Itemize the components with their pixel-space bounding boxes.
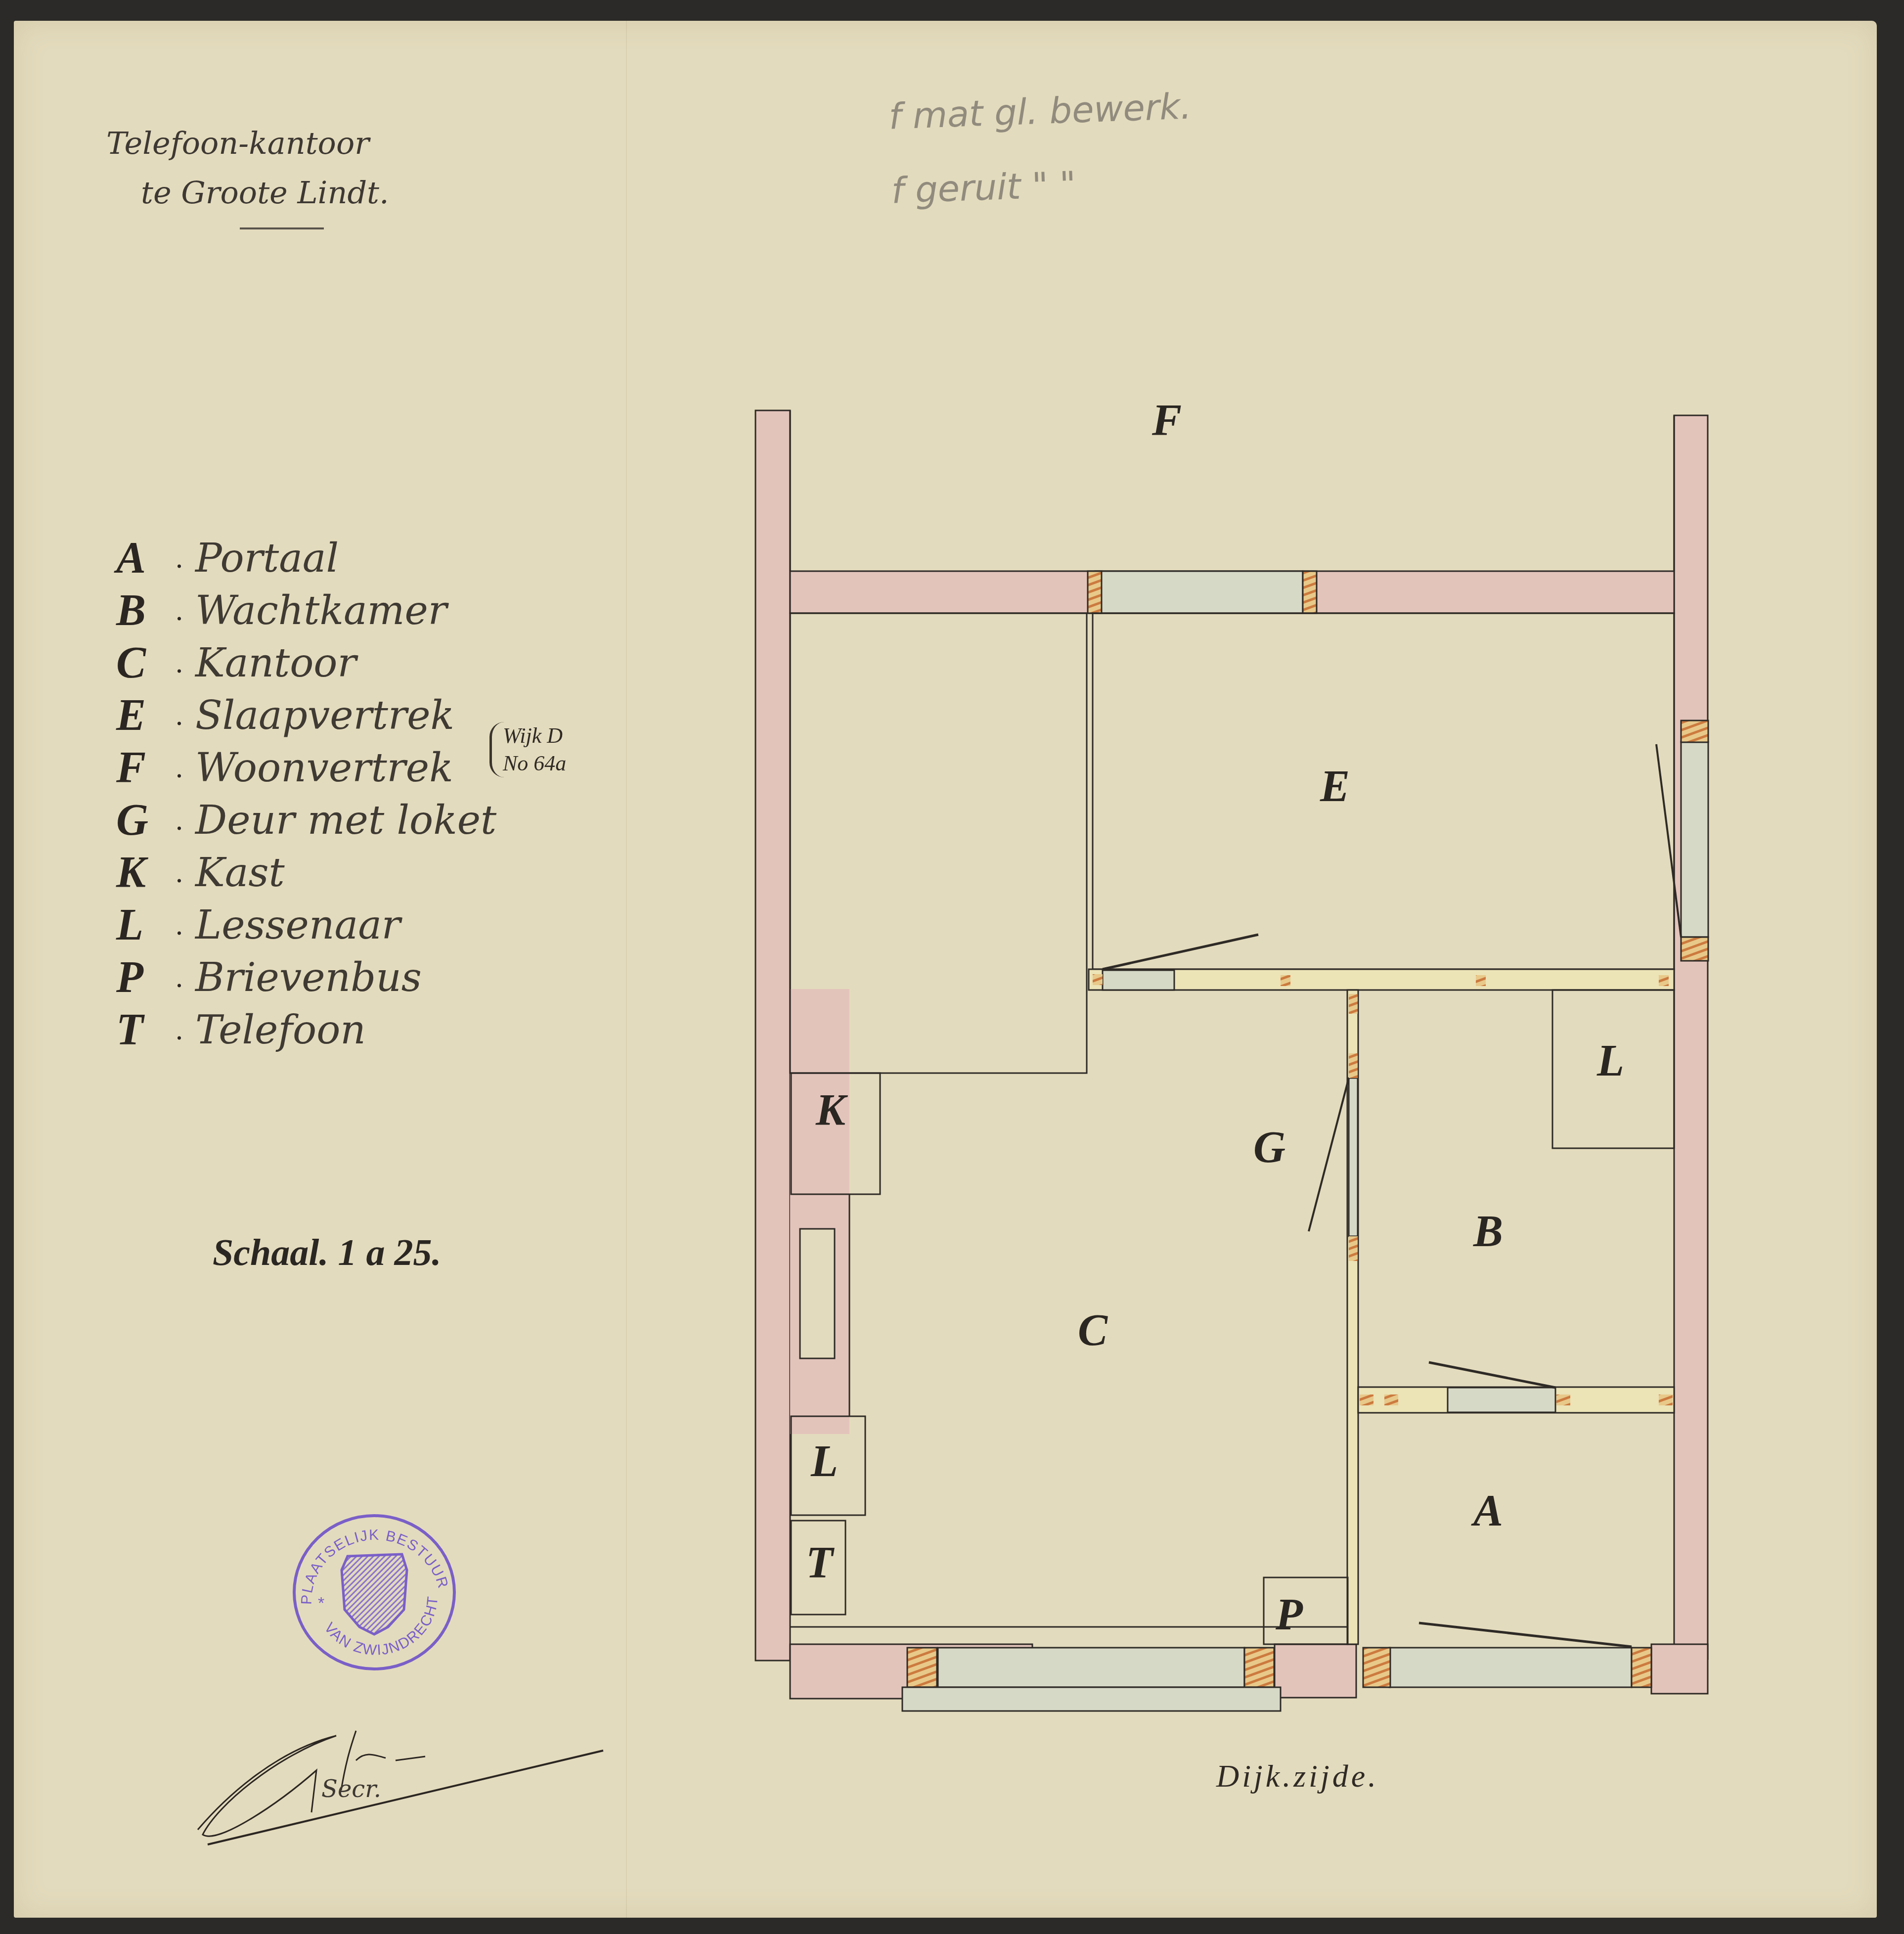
door-swing-G xyxy=(1309,1078,1349,1231)
door-E xyxy=(1103,970,1174,990)
door-B xyxy=(1448,1388,1555,1412)
partition-north xyxy=(1089,969,1674,990)
window-east xyxy=(1681,742,1708,937)
door-frame xyxy=(1632,1648,1651,1687)
room-label-K: K xyxy=(815,1086,848,1135)
floor-plan: F E C B A G K L L T P xyxy=(0,0,1904,1934)
wall-south-mid xyxy=(1275,1644,1356,1698)
door-G-loket xyxy=(1349,1078,1358,1236)
room-label-L-wait: L xyxy=(1596,1036,1624,1085)
signature-role: Secr. xyxy=(321,1775,381,1803)
window-frame xyxy=(1303,571,1317,613)
window-frame xyxy=(1681,720,1708,742)
door-swing-A xyxy=(1419,1623,1632,1647)
room-label-A: A xyxy=(1471,1486,1503,1535)
window-frame xyxy=(907,1648,937,1687)
room-E xyxy=(1093,613,1674,969)
room-label-B: B xyxy=(1473,1207,1503,1256)
room-label-L-office: L xyxy=(810,1437,838,1486)
window-south-office xyxy=(938,1648,1244,1687)
coat-of-arms-icon xyxy=(342,1554,407,1634)
room-label-C: C xyxy=(1078,1306,1108,1355)
room-label-F: F xyxy=(1151,396,1182,445)
room-label-T: T xyxy=(806,1538,835,1587)
room-label-G: G xyxy=(1253,1123,1285,1172)
chimney-niche xyxy=(800,1229,835,1358)
room-label-E: E xyxy=(1320,762,1350,811)
wall-east xyxy=(1674,415,1708,1659)
signature xyxy=(188,1721,633,1849)
wall-west xyxy=(755,410,790,1661)
window-north xyxy=(1095,571,1303,613)
wall-south-right xyxy=(1651,1644,1708,1694)
wall-west-thick xyxy=(790,989,849,1434)
window-frame xyxy=(1088,571,1102,613)
municipal-stamp: PLAATSELIJK BESTUUR VAN ZWIJNDRECHT * xyxy=(289,1511,460,1674)
stamp-separator: * xyxy=(318,1594,324,1613)
door-swing-B xyxy=(1429,1362,1555,1388)
street-side-label: Dijk.zijde. xyxy=(1216,1758,1379,1795)
window-frame xyxy=(1244,1648,1274,1687)
window-frame xyxy=(1681,937,1708,961)
door-frame xyxy=(1363,1648,1390,1687)
door-swing-E xyxy=(1103,935,1258,969)
room-label-P: P xyxy=(1275,1590,1303,1639)
window-sill xyxy=(902,1687,1281,1711)
door-south-entrance xyxy=(1389,1648,1632,1687)
